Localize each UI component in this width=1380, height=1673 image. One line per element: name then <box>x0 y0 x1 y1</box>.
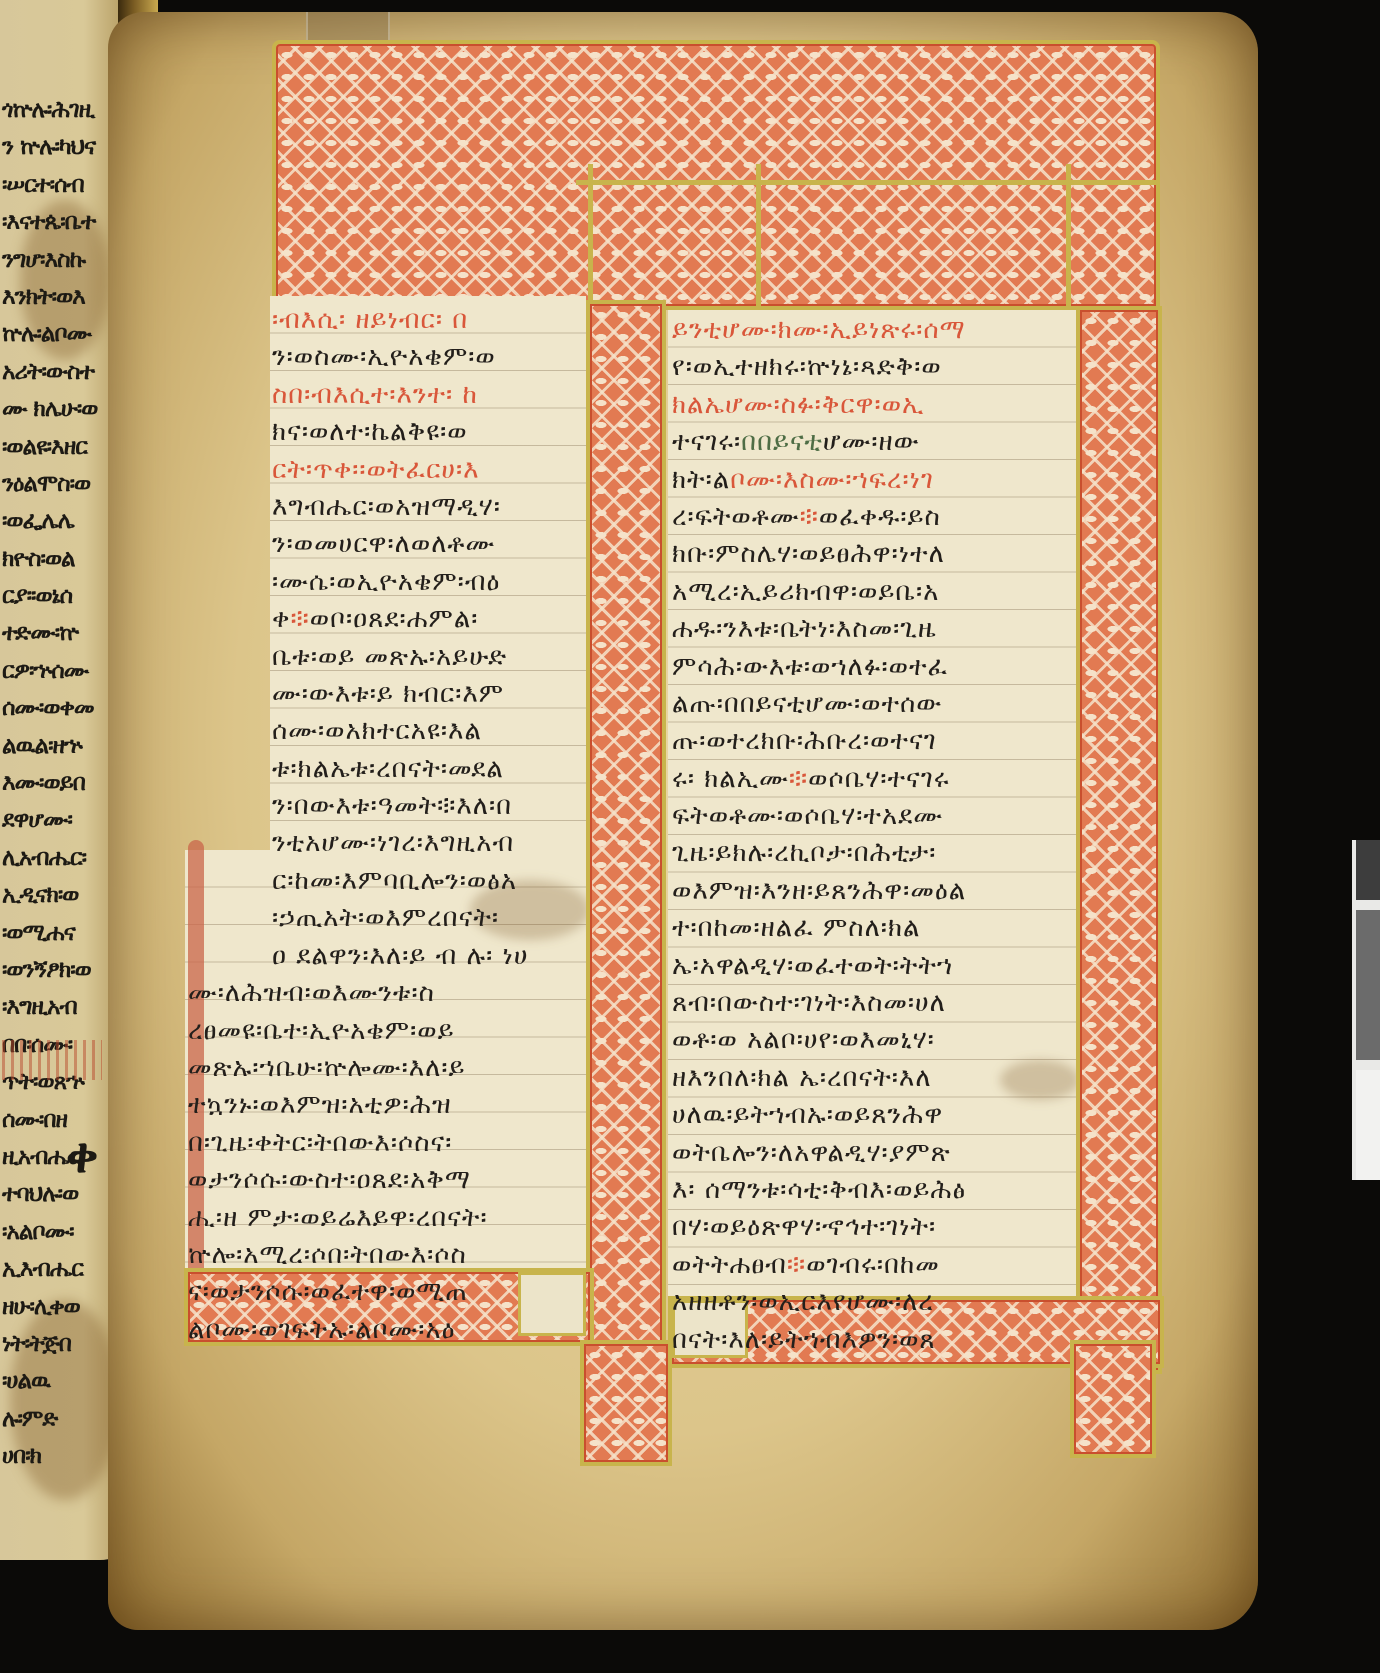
text-line: ይንቲሆሙ፡ክሙ፡ኢይነጽሩ፡ሰማ <box>672 312 1074 349</box>
text-line: ር፡ከመ፡እምባቢሎን፡ወፅአ <box>272 863 584 900</box>
text-line: ረፀመዩ፡ቤተ፡ኢዮአቄም፡ወይ <box>188 1013 586 1050</box>
text-segment: ር፡ከመ፡እምባቢሎን፡ወፅአ <box>272 866 517 896</box>
left-column-text-lower: ሙ፡ለሕዝብ፡ወእሙንቱ፡ስረፀመዩ፡ቤተ፡ኢዮአቄም፡ወይመጽኡ፡ኀቤሁ፡ኵሎ… <box>188 975 586 1349</box>
text-line: ሐዱ፡ንእቱ፡ቤትነ፡እስመ፡ጊዜ <box>672 611 1074 648</box>
text-segment: ሆሙ፡ዘው <box>823 427 920 457</box>
text-segment: ሀለዉ፡ይትኀብኡ፡ወይጸንሕዋ <box>672 1100 943 1130</box>
color-calibration-card <box>1352 840 1380 1180</box>
text-line: ወትቤሎን፡ለአዋልዲሃ፡ያምጽ <box>672 1135 1074 1172</box>
text-segment: ሒ፡ዘ ምታ፡ወይሬእይዋ፡ረበናት፡ <box>188 1203 488 1233</box>
text-line: በ፡ጊዜ፡ቀትር፡ትበውእ፡ሶስና፡ <box>188 1125 586 1162</box>
text-line: ና፡ወታንሶሱ፡ወፈተዋ፡ወሚጠ <box>188 1274 586 1311</box>
text-segment: መጽኡ፡ኀቤሁ፡ኵሎሙ፡እለ፡ይ <box>188 1053 466 1083</box>
knotwork-right-foot <box>1070 1340 1156 1458</box>
text-line: ረ፡ፍትወቶሙ፨ወፈቀዱ፡ይስ <box>672 499 1074 536</box>
text-line: ወእምዝ፡እንዘ፡ይጸንሕዋ፡መዕል <box>672 873 1074 910</box>
text-segment: ወእምዝ፡እንዘ፡ይጸንሕዋ፡መዕል <box>672 876 966 906</box>
text-line: ኤ፡አዋልዲሃ፡ወፈተወት፡ትትኀ <box>672 948 1074 985</box>
text-segment: ቤቱ፡ወይ መጽኡ፡አይሁድ <box>272 642 507 672</box>
knotwork-center-column <box>586 300 666 1406</box>
knotwork-right-border <box>1076 306 1162 1374</box>
rubric-text: ክልኤሆሙ፡ስፉ፡ቅርዋ፡ወኢ <box>672 390 924 420</box>
text-segment: ጊዜ፡ይክሉ፡ረኪቦታ፡በሕቲታ፡ <box>672 838 936 868</box>
text-segment: ፡ሙሴ፡ወኢዮአቄም፡ብዕ <box>272 567 500 597</box>
text-line: ጊዜ፡ይክሉ፡ረኪቦታ፡በሕቲታ፡ <box>672 835 1074 872</box>
text-segment: እግብሔር፡ወአዝማዲሃ፡ <box>272 492 501 522</box>
text-line: ሩ፡ ክልኢሙ፨ወሶቤሃ፡ተናገሩ <box>672 761 1074 798</box>
text-segment: ኵሎ፡አሚረ፡ሶበ፡ትበውእ፡ሶስ <box>188 1240 467 1270</box>
gray-swatch-mid <box>1356 910 1380 1060</box>
text-line: እ፡ ሰማንቱ፡ሳቲ፡ቅብእ፡ወይሕፅ <box>672 1172 1074 1209</box>
left-column-text: ፡ብእሲ፡ ዘይነብር፡ በን፡ወስሙ፡ኢዮአቄም፡ወስበ፡ብእሲተ፡እንተ፡ … <box>272 302 584 975</box>
knotwork-headpiece <box>272 40 1160 310</box>
text-segment: እ፡ ሰማንቱ፡ሳቲ፡ቅብእ፡ወይሕፅ <box>672 1175 966 1205</box>
large-letter: ቀ <box>66 1128 98 1185</box>
text-segment: ኤ፡አዋልዲሃ፡ወፈተወት፡ትትኀ <box>672 951 953 981</box>
text-segment: ወቦ፡ዐጸደ፡ሐምል፡ <box>310 604 479 634</box>
rubric-text: ርት፡ጥቀ፡፡ወትፈርሀ፡እ <box>272 455 480 485</box>
text-segment: ረ፡ፍትወቶሙ <box>672 502 800 532</box>
text-segment: ወሶቤሃ፡ተናገሩ <box>808 764 949 794</box>
text-line: ዘእንበለ፡ክል ኤ፡ረበናት፡እለ <box>672 1060 1074 1097</box>
text-segment: ጡ፡ወተረክቡ፡ሕቡረ፡ወተናገ <box>672 726 937 756</box>
rubric-text: ፨ <box>789 764 808 794</box>
headpiece-divider <box>588 164 593 306</box>
text-line: ክት፡ልቦሙ፡እስሙ፡ኀፍረ፡ነገ <box>672 462 1074 499</box>
text-segment: የ፡ወኢተዘክሩ፡ኵነኔ፡ጻድቅ፡ወ <box>672 352 942 382</box>
text-line: ፡ሙሴ፡ወኢዮአቄም፡ብዕ <box>272 564 584 601</box>
rubric-text: ፨ <box>800 502 819 532</box>
text-segment: ጸብ፡በውስተ፡ገነት፡እስመ፡ሀለ <box>672 988 946 1018</box>
text-segment: ሐዱ፡ንእቱ፡ቤትነ፡እስመ፡ጊዜ <box>672 614 937 644</box>
text-line: ፍትወቶሙ፡ወሶቤሃ፡ተአደሙ <box>672 798 1074 835</box>
text-segment: አዘዘቶን፡ወኢርእየሆሙ፡ለረ <box>672 1287 934 1317</box>
text-segment: ክት፡ል <box>672 465 730 495</box>
text-segment: ሰሙ፡ወአክተርአዩ፡እል <box>272 716 482 746</box>
text-segment: ሙ፡ውእቱ፡ይ ክብር፡እም <box>272 679 504 709</box>
text-line: ሒ፡ዘ ምታ፡ወይሬእይዋ፡ረበናት፡ <box>188 1200 586 1237</box>
text-line: ልጡ፡በበይናቲሆሙ፡ወተሰው <box>672 686 1074 723</box>
red-rubrication-marks <box>2 1040 102 1080</box>
text-segment: ተኳንኑ፡ወእምዝ፡አቲዎ፡ሕዝ <box>188 1090 452 1120</box>
rubric-text: ስበ፡ብእሲተ፡እንተ፡ ከ <box>272 380 478 410</box>
text-segment: ወታንሶሱ፡ውስተ፡ዐጸደ፡አቅማ <box>188 1165 471 1195</box>
text-line: ፡ኃጢአት፡ወእምረበናት፡ <box>272 900 584 937</box>
text-segment: ን፡ወመሀርዋ፡ለወለቶሙ <box>272 529 495 559</box>
text-line: ስበ፡ብእሲተ፡እንተ፡ ከ <box>272 377 584 414</box>
text-segment: ሩ፡ ክልኢሙ <box>672 764 789 794</box>
text-line: መጽኡ፡ኀቤሁ፡ኵሎሙ፡እለ፡ይ <box>188 1050 586 1087</box>
text-line: ወቶ፡ወ አልቦ፡ሀየ፡ወእመኒሃ፡ <box>672 1022 1074 1059</box>
text-segment: ወገብሩ፡በከመ <box>806 1250 940 1280</box>
text-segment: ወቶ፡ወ አልቦ፡ሀየ፡ወእመኒሃ፡ <box>672 1025 935 1055</box>
text-line: ን፡ወመሀርዋ፡ለወለቶሙ <box>272 526 584 563</box>
text-line: ጸብ፡በውስተ፡ገነት፡እስመ፡ሀለ <box>672 985 1074 1022</box>
text-line: ንቲአሆሙ፡ነገረ፡እግዚአብ <box>272 825 584 862</box>
text-segment: ክና፡ወለተ፡ኬልቅዩ፡ወ <box>272 417 468 447</box>
rubric-text: ቦሙ፡እስሙ፡ኀፍረ፡ነገ <box>730 465 934 495</box>
text-segment: ልጡ፡በበይናቲሆሙ፡ወተሰው <box>672 689 942 719</box>
text-line: ሀለዉ፡ይትኀብኡ፡ወይጸንሕዋ <box>672 1097 1074 1134</box>
text-segment: በ፡ጊዜ፡ቀትር፡ትበውእ፡ሶስና፡ <box>188 1128 452 1158</box>
text-segment: ፡ኃጢአት፡ወእምረበናት፡ <box>272 903 499 933</box>
knotwork-center-foot <box>580 1340 672 1466</box>
text-segment: ዘእንበለ፡ክል ኤ፡ረበናት፡እለ <box>672 1063 932 1093</box>
text-segment: ክቡ፡ምስሌሃ፡ወይፀሕዋ፡ነተለ <box>672 539 945 569</box>
text-line: ተ፡በከመ፡ዘልፈ ምስለ፡ክል <box>672 910 1074 947</box>
text-segment: በበይናቲ <box>741 427 823 457</box>
text-line: በናት፡እለ፡ይትኀብእዎን፡ወጸ <box>672 1322 1074 1359</box>
text-line: ሙ፡ውእቱ፡ይ ክብር፡እም <box>272 676 584 713</box>
text-line: ቀ፨ወቦ፡ዐጸደ፡ሐምል፡ <box>272 601 584 638</box>
text-line: ተናገሩ፡በበይናቲሆሙ፡ዘው <box>672 424 1074 461</box>
text-line: እግብሔር፡ወአዝማዲሃ፡ <box>272 489 584 526</box>
text-line: ን፡ወስሙ፡ኢዮአቄም፡ወ <box>272 339 584 376</box>
text-line: የ፡ወኢተዘክሩ፡ኵነኔ፡ጻድቅ፡ወ <box>672 349 1074 386</box>
right-column-text: ይንቲሆሙ፡ክሙ፡ኢይነጽሩ፡ሰማየ፡ወኢተዘክሩ፡ኵነኔ፡ጻድቅ፡ወክልኤሆሙ… <box>672 312 1074 1359</box>
text-segment: ቀ <box>272 604 290 634</box>
text-segment: ተ፡በከመ፡ዘልፈ ምስለ፡ክል <box>672 913 920 943</box>
text-segment: ፍትወቶሙ፡ወሶቤሃ፡ተአደሙ <box>672 801 943 831</box>
text-line: ወታንሶሱ፡ውስተ፡ዐጸደ፡አቅማ <box>188 1162 586 1199</box>
text-line: አሚረ፡ኢይሪክብዋ፡ወይቤ፡አ <box>672 574 1074 611</box>
text-line: ሙ፡ለሕዝብ፡ወእሙንቱ፡ስ <box>188 975 586 1012</box>
text-segment: ቱ፡ክልኤቱ፡ረበናት፡መደል <box>272 754 504 784</box>
text-segment: ወፈቀዱ፡ይስ <box>819 502 941 532</box>
text-line: ቤቱ፡ወይ መጽኡ፡አይሁድ <box>272 639 584 676</box>
rubric-text: ፨ <box>290 604 309 634</box>
text-segment: ምሳሕ፡ውእቱ፡ወኀለፉ፡ወተፈ <box>672 652 948 682</box>
text-segment: ን፡በውእቱ፡ዓመት፨እለ፡በ <box>272 791 512 821</box>
text-line: ፡ብእሲ፡ ዘይነብር፡ በ <box>272 302 584 339</box>
text-segment: ተናገሩ፡ <box>672 427 741 457</box>
text-segment: ንቲአሆሙ፡ነገረ፡እግዚአብ <box>272 828 514 858</box>
text-line: ወትትሐፀብ፨ወገብሩ፡በከመ <box>672 1247 1074 1284</box>
text-segment: ረፀመዩ፡ቤተ፡ኢዮአቄም፡ወይ <box>188 1016 455 1046</box>
rubric-text: ይንቲሆሙ፡ክሙ፡ኢይነጽሩ፡ሰማ <box>672 315 966 345</box>
text-segment: አሚረ፡ኢይሪክብዋ፡ወይቤ፡አ <box>672 577 939 607</box>
text-segment: በናት፡እለ፡ይትኀብእዎን፡ወጸ <box>672 1325 936 1355</box>
text-line: ኵሎ፡አሚረ፡ሶበ፡ትበውእ፡ሶስ <box>188 1237 586 1274</box>
text-segment: ወትቤሎን፡ለአዋልዲሃ፡ያምጽ <box>672 1138 951 1168</box>
text-line: አዘዘቶን፡ወኢርእየሆሙ፡ለረ <box>672 1284 1074 1321</box>
text-line: ዐ ደልዋን፡እለ፡ይ ብ ሉ፡ ነሀ <box>272 938 584 975</box>
text-line: ክና፡ወለተ፡ኬልቅዩ፡ወ <box>272 414 584 451</box>
rubric-text: ፡ብእሲ፡ ዘይነብር፡ በ <box>272 305 468 335</box>
text-line: በሃ፡ወይዕጽዋሃ፡ኆኅተ፡ገነት፡ <box>672 1209 1074 1246</box>
text-segment: ና፡ወታንሶሱ፡ወፈተዋ፡ወሚጠ <box>188 1277 468 1307</box>
text-segment: በሃ፡ወይዕጽዋሃ፡ኆኅተ፡ገነት፡ <box>672 1212 936 1242</box>
headpiece-divider <box>576 180 1156 185</box>
text-line: ቱ፡ክልኤቱ፡ረበናት፡መደል <box>272 751 584 788</box>
rubric-text: ፨ <box>787 1250 806 1280</box>
text-segment: ሙ፡ለሕዝብ፡ወእሙንቱ፡ስ <box>188 978 435 1008</box>
headpiece-divider <box>1066 164 1071 306</box>
text-segment: ልቦሙ፡ወገፍትኡ፡ልቦሙ፡አዕ <box>188 1315 456 1345</box>
text-segment: ዐ ደልዋን፡እለ፡ይ ብ ሉ፡ ነሀ <box>272 941 528 971</box>
white-swatch <box>1356 1070 1380 1180</box>
headpiece-divider <box>756 164 761 306</box>
text-line: ምሳሕ፡ውእቱ፡ወኀለፉ፡ወተፈ <box>672 649 1074 686</box>
text-line: ልቦሙ፡ወገፍትኡ፡ልቦሙ፡አዕ <box>188 1312 586 1349</box>
text-line: ክልኤሆሙ፡ስፉ፡ቅርዋ፡ወኢ <box>672 387 1074 424</box>
text-segment: ን፡ወስሙ፡ኢዮአቄም፡ወ <box>272 342 496 372</box>
text-line: ን፡በውእቱ፡ዓመት፨እለ፡በ <box>272 788 584 825</box>
gray-swatch-dark <box>1356 840 1380 900</box>
text-line: ርት፡ጥቀ፡፡ወትፈርሀ፡እ <box>272 452 584 489</box>
text-line: ጡ፡ወተረክቡ፡ሕቡረ፡ወተናገ <box>672 723 1074 760</box>
text-line: ሰሙ፡ወአክተርአዩ፡እል <box>272 713 584 750</box>
text-line: ተኳንኑ፡ወእምዝ፡አቲዎ፡ሕዝ <box>188 1087 586 1124</box>
text-line: ክቡ፡ምስሌሃ፡ወይፀሕዋ፡ነተለ <box>672 536 1074 573</box>
text-segment: ወትትሐፀብ <box>672 1250 787 1280</box>
